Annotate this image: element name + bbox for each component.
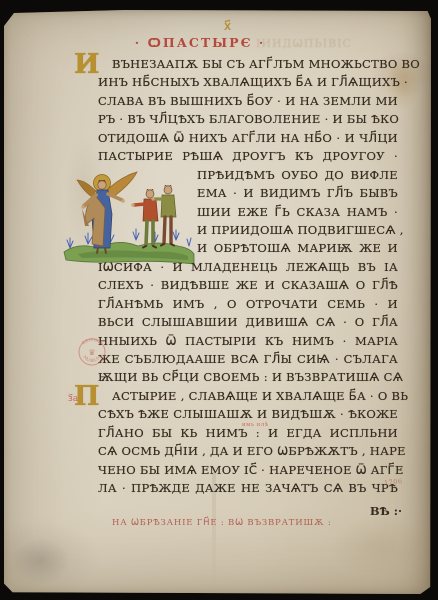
text-line: ПАСТЫРИЕ РѢШѦ ДРОУГЪ КЪ ДРОУГОУ · <box>98 147 398 165</box>
ink-showthrough-text: ІИИДѠПЬІВІС <box>256 37 366 50</box>
folio-margin-note: 1706 <box>384 477 403 487</box>
chapter-title-rubric: · ѺПАСТЫРЄ · <box>122 35 278 50</box>
line-end-word: ВѢ :· <box>340 504 402 518</box>
text-line: ШИИ ЕЖЕ Г҃Ь СКАЗА НАМЪ · <box>197 203 398 221</box>
interlinear-gloss: имь нлѣ <box>242 422 269 428</box>
manuscript-photo: { "photo": { "backdrop_color": "#0b0a08"… <box>0 0 438 600</box>
text-line: ѬЩИ ВЬ СР҃ЦИ СВОЕМЬ : И ВЪЗВРАТИШѦ СѦ <box>98 368 398 386</box>
stain <box>12 538 70 584</box>
liturgical-rubric: НА ѠБРѢЗАНІЕ ГН҃Е : ВѠ ВЪЗВРАТИШѪ : <box>112 518 312 528</box>
text-line: СѦ ОСМЬ ДН҃ІИ , ДА И ЕГО ѠБРѢЖѪТЪ , НАРЕ <box>98 442 398 460</box>
text-line: ГЛ҃АНѢМЬ ИМЪ , О ОТРОЧАТИ СЕМЬ · И <box>98 295 398 313</box>
text-line: СЛАВА ВЪ ВЫШНИХЪ Б҃ОУ · И НА ЗЕМЛИ МИ <box>98 92 398 110</box>
text-line: И ПРИИДОШѦ ПОДВИГШЕСѦ , <box>197 221 398 239</box>
text-line: И ОБРѢТОШѦ МАРИѬ ЖЕ И <box>197 239 398 257</box>
text-line: ВЬСИ СЛЫШАВШИИ ДИВИШѦ СѦ · О ГЛ҃А <box>98 313 398 331</box>
text-line: ЛА · ПРѢЖДЕ ДАЖЕ НЕ ЗАЧѦТЪ СѦ ВЪ ЧРѢ <box>98 479 398 497</box>
text-line: ННЫИХЬ Ѿ ПАСТЫРІИ КЪ НИМЪ · МАРІА <box>98 332 398 350</box>
text-line: СѢХЪ ѢЖЕ СЛЫШАШѪ И ВИДѢШѪ · ѢКОЖЕ <box>98 405 398 423</box>
text-line: ЖЕ СЪБЛЮДААШЕ ВСѦ ГЛ҃Ы СИѨ · СЪЛАГА <box>98 350 398 368</box>
text-line: РЪ · ВЪ ЧЛ҃ЦѢХЪ БЛАГОВОЛЕНИЕ · И БЫ ѢКО <box>98 110 398 128</box>
zachalo-margin-mark: з҃а <box>68 394 78 404</box>
british-museum-stamp: BRITISH MUSEUM ♛ <box>76 336 108 368</box>
text-block: ИВЪНЕЗААПѪ БЫ СЪ АГГ҃ЛЪМ МНОЖЬСТВО ВОИНЪ… <box>98 55 398 498</box>
text-line: ОТИДОШѦ Ѿ НИХЪ АГГ҃ЛИ НА НБ҃О · И ЧЛ҃ЦИ <box>98 129 398 147</box>
parchment-page: х҃ · ѺПАСТЫРЄ · ІИИДѠПЬІВІС <box>4 10 431 594</box>
angel-hand <box>81 205 85 209</box>
text-line: ІѠСИФА · И МЛАДЕНЕЦЬ ЛЕЖѦЩЬ ВЪ ІА <box>98 258 398 276</box>
text-line: ЧЕНО БЫ ИМѦ ЕМОУ ІС҃ · НАРЕЧЕНОЕ Ѿ АГГ҃Е <box>98 461 398 479</box>
stamp-text-top: BRITISH <box>81 337 103 346</box>
text-line: СЛЕХЪ · ВИДѢВШЕ ЖЕ И СКАЗАШѦ О ГЛ҃Ѣ <box>98 276 398 294</box>
text-line: ИНЪ НБ҃СНЫХЪ ХВАЛѦЩИХЪ Б҃А И ГЛ҃ѦЩИХЪ · <box>98 73 398 91</box>
text-line: ПАСТЫРИЕ , СЛАВѦЩЕ И ХВАЛѦЩЕ Б҃А · О ВЬ <box>98 387 398 405</box>
stamp-crown-glyph: ♛ <box>88 348 95 357</box>
text-line: ЕМА · И ВИДИМЪ ГЛ҃Ъ БЫВЪ <box>197 184 398 202</box>
gold-header-mark: х҃ <box>208 19 248 33</box>
gold-initial: И <box>74 51 100 78</box>
text-line: ИВЪНЕЗААПѪ БЫ СЪ АГГ҃ЛЪМ МНОЖЬСТВО ВО <box>98 55 398 73</box>
text-line: ПРѢИДѢМЪ ОУБО ДО ВИФЛЕ <box>197 166 398 184</box>
